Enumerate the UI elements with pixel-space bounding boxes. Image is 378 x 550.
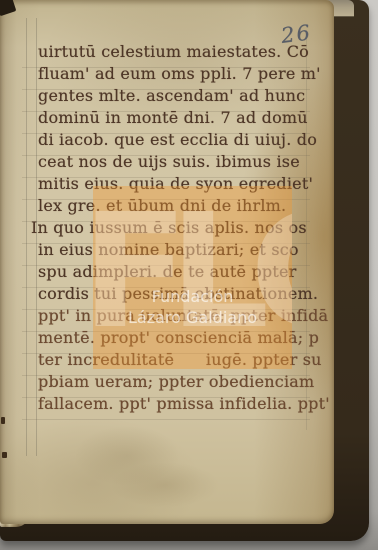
text-line: di iacob. que est ecclia di uiuj. do: [38, 129, 322, 151]
watermark-caption-line1: Fundación: [93, 286, 292, 307]
watermark-caption-line2: Lázaro Galdiano: [93, 307, 292, 328]
text-line: dominū in montē dni. 7 ad domū: [38, 107, 322, 129]
watermark-monogram: FLG: [93, 186, 292, 369]
watermark-caption: Fundación Lázaro Galdiano: [93, 286, 292, 328]
text-line: gentes mlte. ascendam' ad hunc: [38, 85, 322, 107]
folio-number: 26: [280, 20, 313, 48]
vertical-ruling-line: [26, 18, 27, 456]
manuscript-photo: uirtutū celestium maiestates. Cō fluam' …: [0, 0, 378, 550]
text-line: pbiam ueram; ppter obedienciam: [38, 371, 322, 393]
parchment-stain: [110, 462, 220, 508]
text-line: uirtutū celestium maiestates. Cō: [38, 41, 322, 63]
ink-speck: [2, 452, 7, 458]
watermark-overlay: FLG Fundación Lázaro Galdiano: [93, 186, 292, 369]
text-line: fluam' ad eum oms ppli. 7 pere m': [38, 63, 322, 85]
text-line: ceat nos de uijs suis. ibimus ise: [38, 151, 322, 173]
ink-speck: [1, 417, 5, 424]
text-line: fallacem. ppt' pmissa infidelia. ppt': [38, 393, 322, 415]
